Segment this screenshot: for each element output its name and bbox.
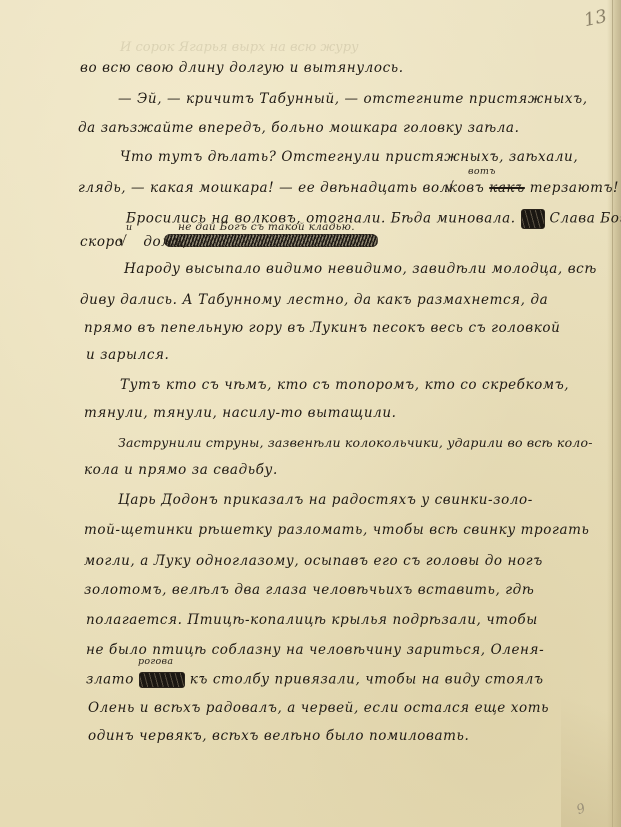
struck-out-block — [521, 209, 545, 229]
text-line: глядь, — какая мошкара! — ее двѣнадцать … — [78, 182, 619, 196]
page-corner-shade — [561, 627, 621, 827]
insertion-above: вотъ — [468, 166, 496, 177]
insertion-above: и — [126, 222, 132, 233]
text-line: Народу высыпало видимо невидимо, завидѣл… — [124, 263, 597, 277]
text-line: Олень и всѣхъ радовалъ, а червей, если о… — [88, 702, 549, 716]
text-line: той-щетинки рѣшетку разломать, чтобы всѣ… — [84, 524, 589, 538]
text-line: да заѣзжайте впередъ, больно мошкара гол… — [78, 122, 519, 136]
folio-number: 13 — [582, 6, 609, 31]
text-line: Что тутъ дѣлать? Отстегнули пристяжныхъ,… — [120, 151, 578, 165]
struck-out-block — [139, 672, 185, 688]
insertion-caret-icon: √ — [445, 180, 454, 196]
line-continuation: къ столбу привязали, чтобы на виду стоял… — [190, 672, 544, 688]
line-main-text: скоро — [80, 234, 124, 250]
text-line: Тутъ кто съ чѣмъ, кто съ топоромъ, кто с… — [120, 379, 569, 393]
line-main-text: глядь, — какая мошкара! — ее двѣнадцать … — [78, 180, 484, 196]
insertion-line: не дай Богъ съ такой кладью. — [178, 221, 355, 233]
struck-word: какъ — [489, 180, 525, 196]
bleed-through-text: И сорок Ягарья вырх на всю журу — [120, 40, 359, 55]
manuscript-page: 13 9 И сорок Ягарья вырх на всю журу во … — [0, 0, 621, 827]
text-line: Заструнили струны, зазвенѣли колокольчик… — [118, 437, 593, 450]
text-line: кола и прямо за свадьбу. — [84, 464, 278, 478]
line-main-text: злато — [86, 672, 134, 688]
line-continuation: терзаютъ! — [530, 180, 619, 196]
text-line: — Эй, — кричитъ Табунный, — отстегните п… — [118, 93, 588, 107]
text-line: во всю свою длину долгую и вытянулось. — [80, 62, 404, 76]
text-line: могли, а Луку одноглазому, осыпавъ его с… — [84, 555, 543, 569]
insertion-caret-icon: √ — [118, 234, 127, 250]
text-line: тянули, тянули, насилу-то вытащили. — [84, 407, 397, 421]
struck-out-scribble — [164, 234, 378, 247]
text-line: полагается. Птицѣ-копалицѣ крылья подрѣз… — [86, 614, 538, 628]
text-line: злато къ столбу привязали, чтобы на виду… — [86, 672, 544, 688]
text-line: золотомъ, велѣлъ два глаза человѣчьихъ в… — [84, 584, 534, 598]
insertion-above: рогова — [138, 656, 173, 667]
text-line: прямо въ пепельную гору въ Лукинъ песокъ… — [84, 322, 560, 336]
text-line: и зарылся. — [86, 349, 169, 363]
text-line: диву дались. А Табунному лестно, да какъ… — [80, 294, 548, 308]
text-line: Царь Додонъ приказалъ на радостяхъ у сви… — [118, 494, 533, 508]
line-continuation: Слава Богу, что — [549, 211, 621, 227]
text-line: одинъ червякъ, всѣхъ велѣно было помилов… — [88, 730, 469, 744]
